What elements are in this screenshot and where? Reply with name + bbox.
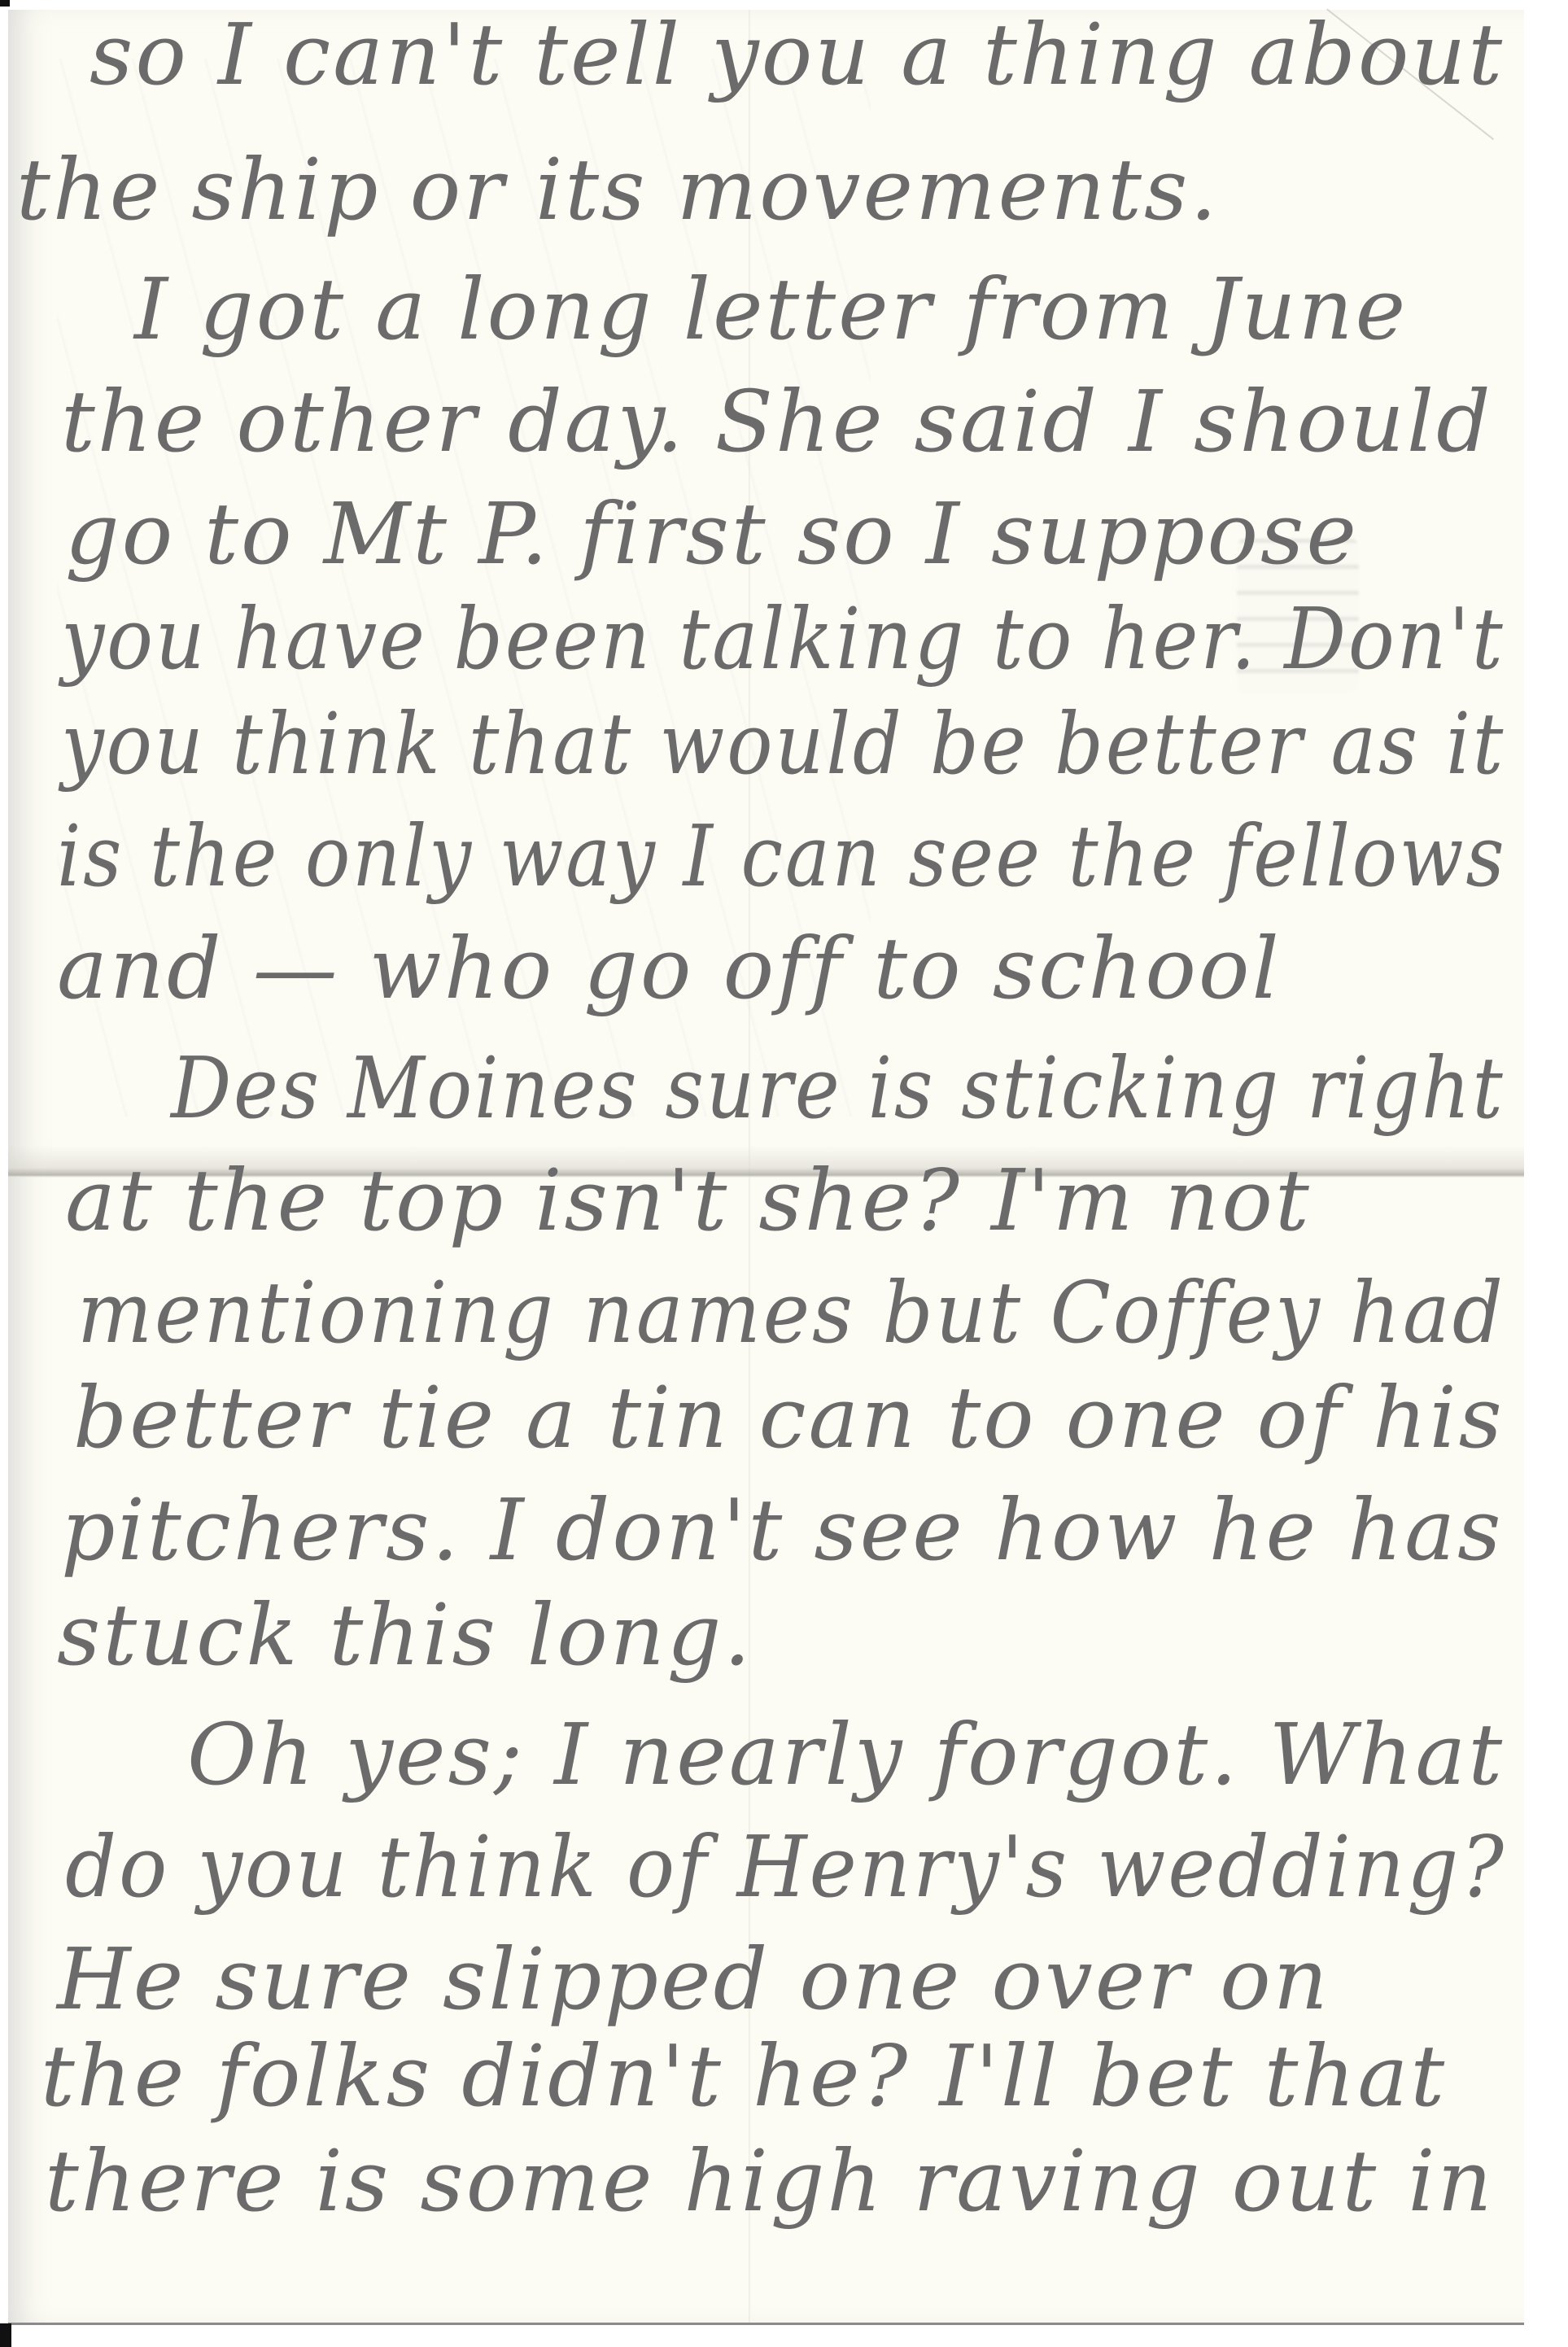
text-line: Des Moines sure is sticking right — [171, 1046, 1505, 1130]
text-line: better tie a tin can to one of his — [73, 1375, 1505, 1460]
text-line: Oh yes; I nearly forgot. What — [187, 1712, 1505, 1797]
text-line: go to Mt P. first so I suppose — [65, 492, 1359, 576]
text-line: do you think of Henry's wedding? — [65, 1825, 1506, 1909]
text-line: so I can't tell you a thing about — [90, 12, 1505, 97]
scan-edge-top — [0, 0, 10, 7]
text-line: mentioning names but Coffey had — [77, 1270, 1505, 1355]
text-line: pitchers. I don't see how he has — [61, 1488, 1504, 1572]
text-line: there is some high raving out in — [45, 2139, 1494, 2223]
text-line: and — who go off to school — [57, 926, 1282, 1011]
text-line: at the top isn't she? I'm not — [65, 1158, 1312, 1243]
text-line: the other day. She said I should — [61, 379, 1493, 464]
text-line: He sure slipped one over on — [57, 1937, 1330, 2021]
text-line: stuck this long. — [57, 1593, 753, 1677]
text-line: is the only way I can see the fellows — [57, 814, 1506, 898]
text-line: the ship or its movements. — [16, 147, 1219, 232]
text-line: you have been talking to her. Don't — [61, 597, 1505, 681]
scan-edge-bottom — [0, 2323, 11, 2347]
text-line: the folks didn't he? I'll bet that — [41, 2034, 1447, 2118]
text-line: I got a long letter from June — [134, 267, 1408, 352]
text-line: you think that would be better as it — [61, 701, 1505, 786]
